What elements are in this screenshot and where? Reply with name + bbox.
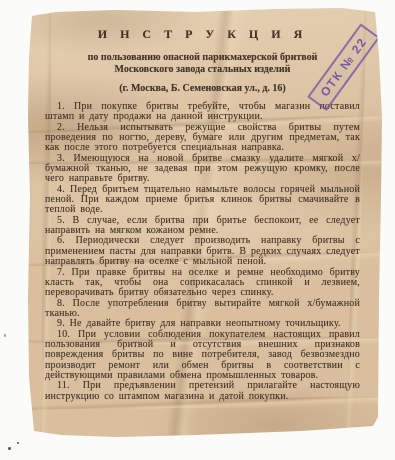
instruction-item: 9. Не давайте бритву для направки неопыт… — [45, 319, 360, 329]
instruction-item: 10. При условии соблюдения покупателем н… — [45, 330, 360, 382]
instruction-item: 4. Перед бритьем тщательно намыльте воло… — [45, 185, 360, 216]
scan-speckle — [4, 334, 6, 337]
instruction-item: 5. В случае, если бритва при бритье бесп… — [45, 216, 360, 237]
paper-sheet: И Н С Т Р У К Ц И Я по пользованию опасн… — [26, 7, 383, 438]
instruction-item: 8. После употребления бритву вытирайте м… — [45, 299, 360, 320]
instruction-item: 6. Периодически следует производить напр… — [45, 236, 360, 267]
instruction-item: 7. При правке бритвы на оселке и ремне н… — [45, 268, 360, 299]
subtitle-line-1: по пользованию опасной парикмахерской бр… — [88, 52, 318, 63]
instruction-list: 1. При покупке бритвы требуйте, чтобы ма… — [45, 102, 360, 402]
scan-speckle — [8, 447, 11, 450]
document-title: И Н С Т Р У К Ц И Я — [45, 27, 360, 42]
instruction-item: 2. Нельзя испытывать режущие свойства бр… — [45, 123, 360, 154]
instruction-item: 3. Имеющуюся на новой бритве смазку удал… — [45, 154, 360, 185]
document-subtitle: по пользованию опасной парикмахерской бр… — [45, 52, 360, 75]
instruction-item: 11. При предъявлении претензий прилагайт… — [45, 381, 360, 402]
scanned-document-page: И Н С Т Р У К Ц И Я по пользованию опасн… — [0, 0, 395, 460]
subtitle-line-2: Московского завода стальных изделий — [115, 64, 291, 75]
instruction-item: 1. При покупке бритвы требуйте, чтобы ма… — [45, 102, 360, 123]
scan-speckle — [17, 442, 19, 444]
